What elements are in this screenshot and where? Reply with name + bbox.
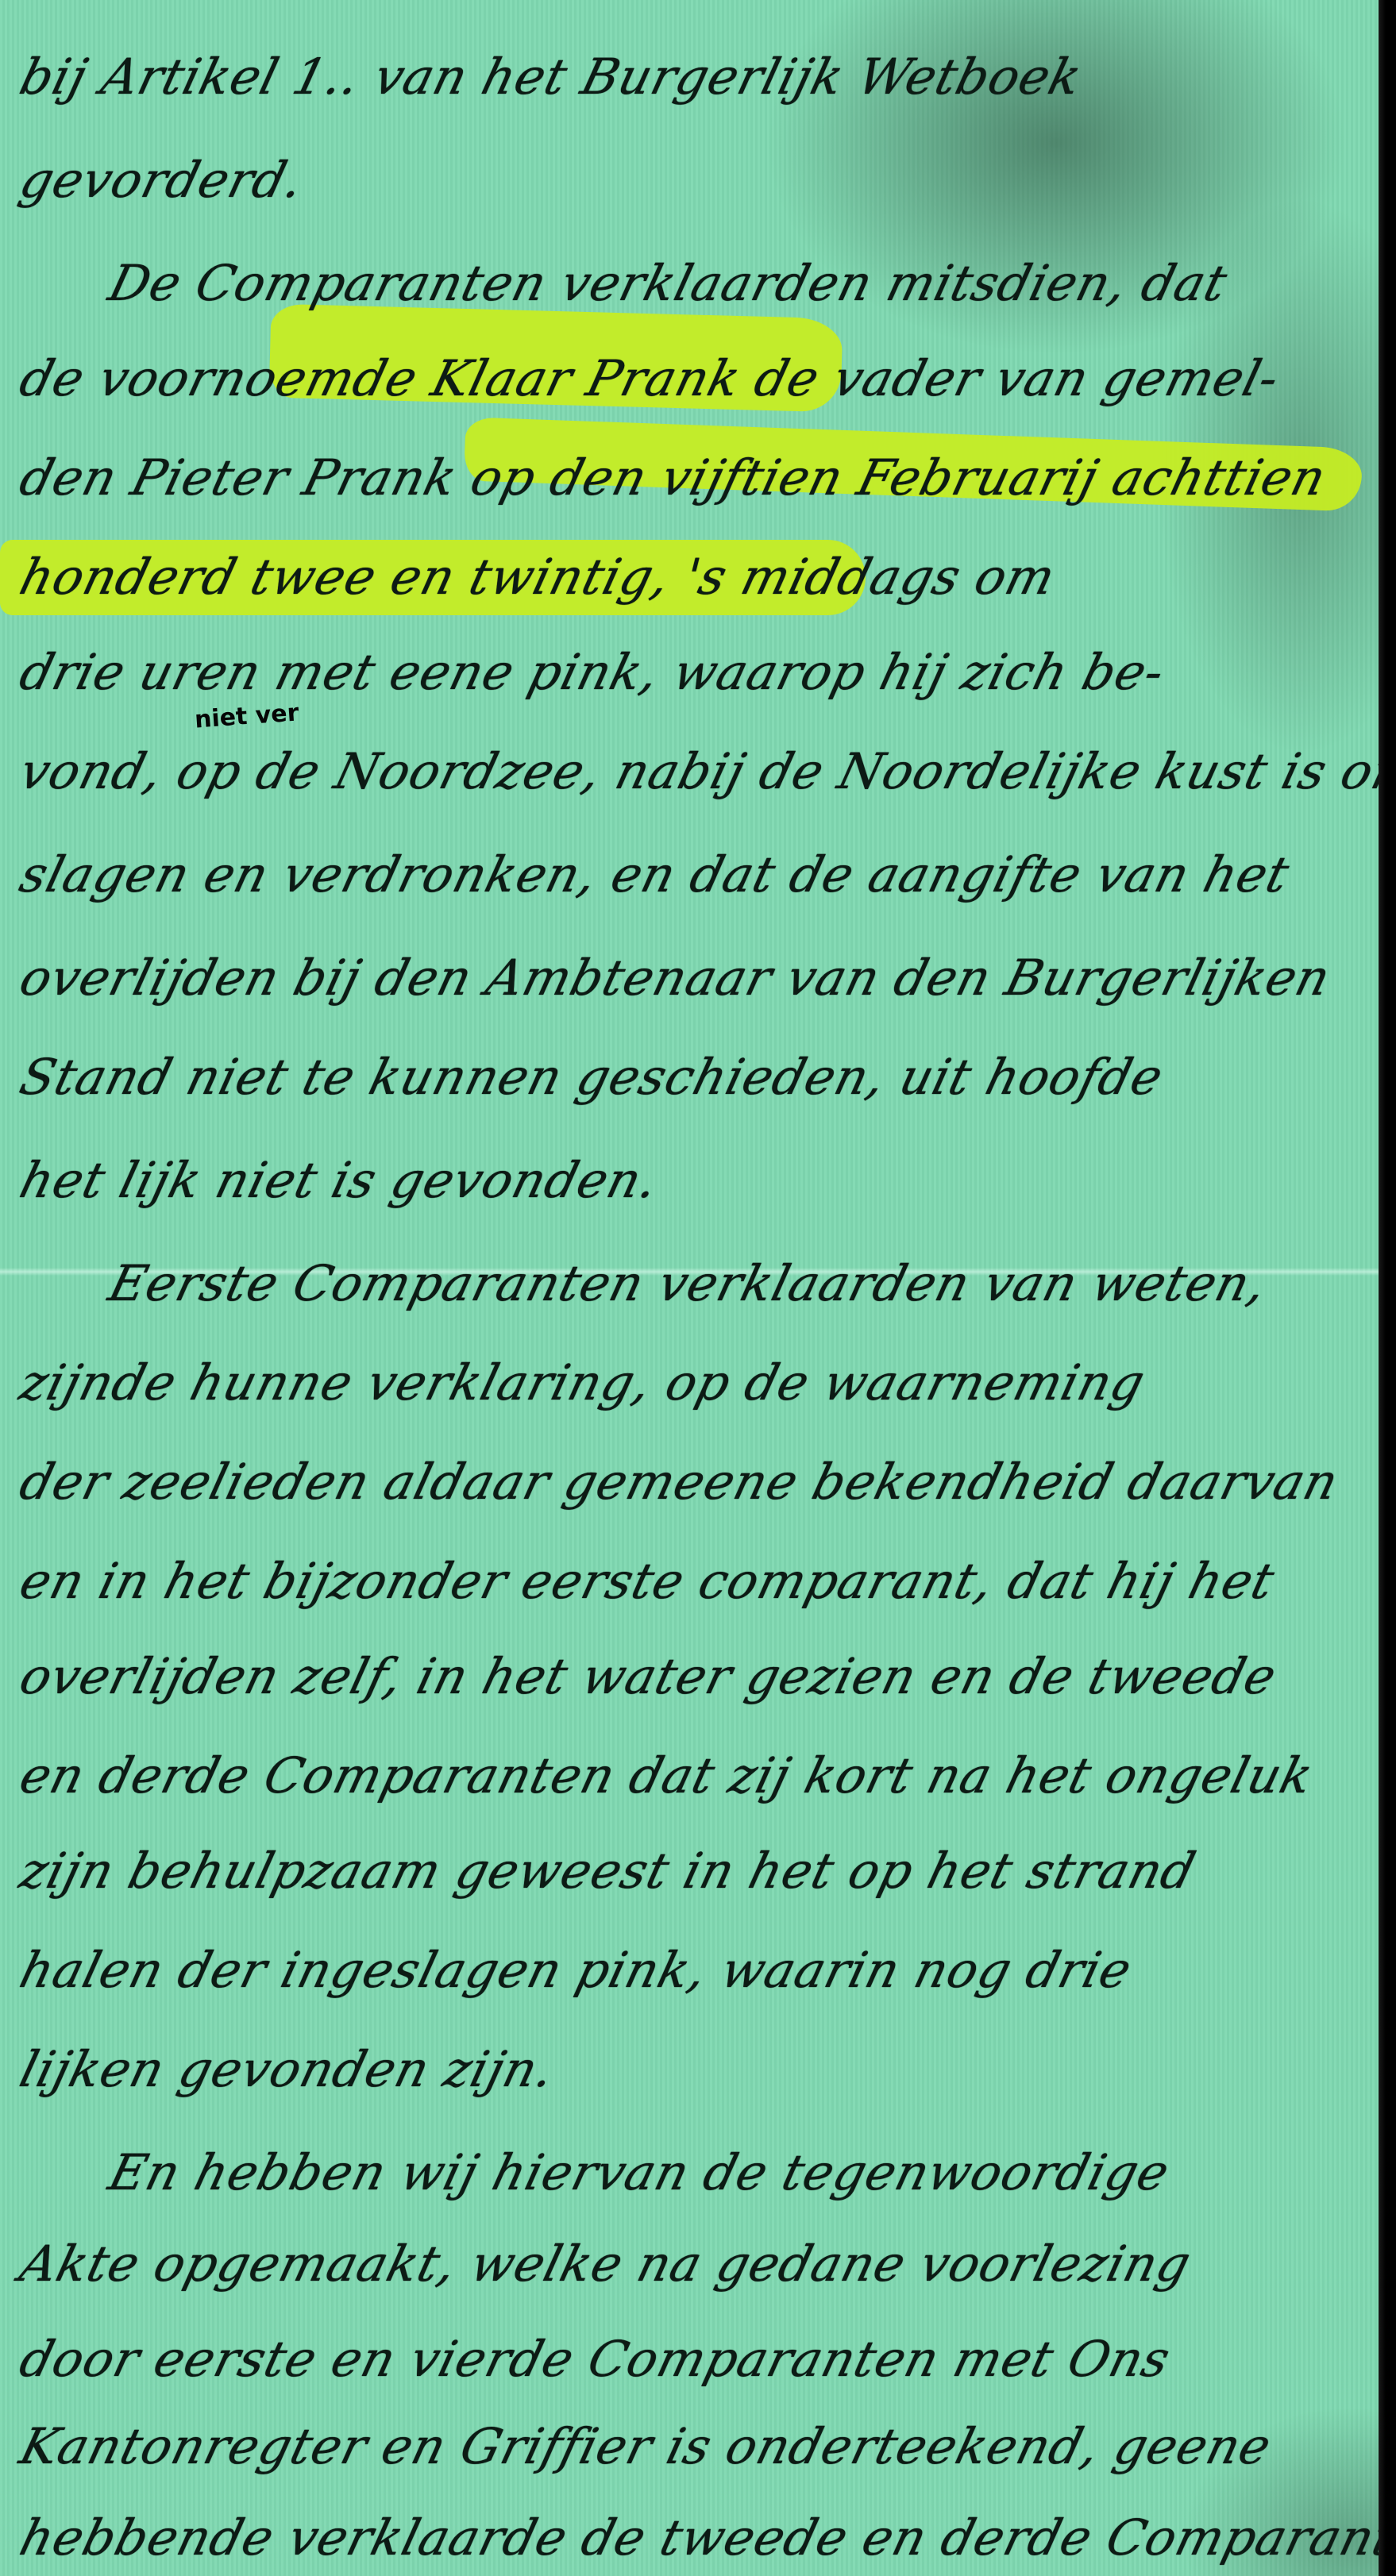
text-line: zijn behulpzaam geweest in het op het st… xyxy=(14,1842,1379,1900)
text-line: het lijk niet is gevonden. xyxy=(14,1151,1379,1209)
text-line: zijnde hunne verklaring, op de waarnemin… xyxy=(14,1353,1379,1411)
text-line: slagen en verdronken, en dat de aangifte… xyxy=(14,845,1379,903)
text-line: hebbende verklaarde de tweede en derde C… xyxy=(14,2509,1379,2566)
text-line: honderd twee en twintig, 's middags om xyxy=(14,548,1379,606)
text-line: halen der ingeslagen pink, waarin nog dr… xyxy=(14,1941,1379,1999)
text-line: En hebben wij hiervan de tegenwoordige xyxy=(103,2143,1379,2201)
text-line: en in het bijzonder eerste comparant, da… xyxy=(14,1552,1379,1610)
text-line: overlijden bij den Ambtenaar van den Bur… xyxy=(14,949,1379,1007)
text-line: Eerste Comparanten verklaarden van weten… xyxy=(103,1254,1379,1312)
text-line: Kantonregter en Griffier is onderteekend… xyxy=(14,2417,1379,2475)
text-line: de voornoemde Klaar Prank de vader van g… xyxy=(14,349,1379,407)
scan-edge xyxy=(1379,0,1396,2576)
text-line: vond, op de Noordzee, nabij de Noordelij… xyxy=(14,742,1379,800)
text-line: De Comparanten verklaarden mitsdien, dat xyxy=(103,254,1379,312)
text-line: Stand niet te kunnen geschieden, uit hoo… xyxy=(14,1048,1379,1106)
text-line: en derde Comparanten dat zij kort na het… xyxy=(14,1746,1379,1804)
text-line: Akte opgemaakt, welke na gedane voorlezi… xyxy=(14,2235,1379,2293)
text-line: gevorderd. xyxy=(14,151,1379,209)
text-line: lijken gevonden zijn. xyxy=(14,2040,1379,2098)
text-line: drie uren met eene pink, waarop hij zich… xyxy=(14,643,1379,701)
text-line: overlijden zelf, in het water gezien en … xyxy=(14,1647,1379,1705)
text-line: door eerste en vierde Comparanten met On… xyxy=(14,2330,1379,2388)
text-line: bij Artikel 1.. van het Burgerlijk Wetbo… xyxy=(14,48,1379,106)
text-line: der zeelieden aldaar gemeene bekendheid … xyxy=(14,1453,1379,1511)
text-line: den Pieter Prank op den vijftien Februar… xyxy=(14,449,1379,506)
